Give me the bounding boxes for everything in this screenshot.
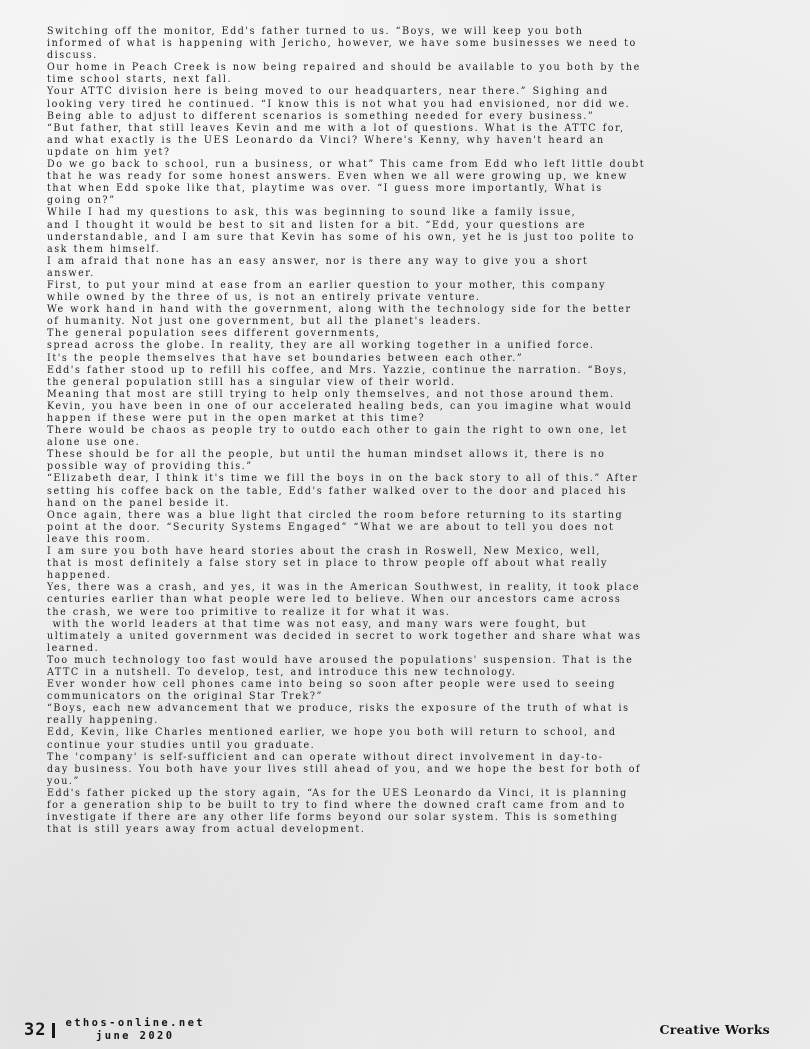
page-footer: 32 ethos-online.net june 2020 [24, 1015, 205, 1045]
article-line: discuss. [47, 49, 787, 61]
article-line: looking very tired he continued. “I know… [47, 98, 787, 110]
article-line: There would be chaos as people try to ou… [47, 424, 787, 436]
article-line: informed of what is happening with Jeric… [47, 37, 787, 49]
article-line: going on?” [47, 194, 787, 206]
article-line: setting his coffee back on the table, Ed… [47, 485, 787, 497]
article-line: Edd's father stood up to refill his coff… [47, 364, 787, 376]
article-line: that is still years away from actual dev… [47, 823, 787, 835]
article-line: It's the people themselves that have set… [47, 352, 787, 364]
article-line: time school starts, next fall. [47, 73, 787, 85]
article-line: day business. You both have your lives s… [47, 763, 787, 775]
article-line: alone use one. [47, 436, 787, 448]
article-line: First, to put your mind at ease from an … [47, 279, 787, 291]
article-line: Edd's father picked up the story again, … [47, 787, 787, 799]
article-line: ATTC in a nutshell. To develop, test, an… [47, 666, 787, 678]
article-line: Meaning that most are still trying to he… [47, 388, 787, 400]
article-line: Too much technology too fast would have … [47, 654, 787, 666]
article-line: that he was ready for some honest answer… [47, 170, 787, 182]
article-line: Ever wonder how cell phones came into be… [47, 678, 787, 690]
article-body: Switching off the monitor, Edd's father … [47, 25, 787, 835]
article-line: happened. [47, 569, 787, 581]
article-line: of humanity. Not just one government, bu… [47, 315, 787, 327]
article-line: spread across the globe. In reality, the… [47, 339, 787, 351]
article-line: These should be for all the people, but … [47, 448, 787, 460]
article-line: Edd, Kevin, like Charles mentioned earli… [47, 726, 787, 738]
article-line: with the world leaders at that time was … [47, 618, 787, 630]
article-line: leave this room. [47, 533, 787, 545]
article-line: happen if these were put in the open mar… [47, 412, 787, 424]
article-line: centuries earlier than what people were … [47, 593, 787, 605]
article-line: Yes, there was a crash, and yes, it was … [47, 581, 787, 593]
article-line: you.” [47, 775, 787, 787]
article-line: ask them himself. [47, 243, 787, 255]
article-line: really happening. [47, 714, 787, 726]
publication-website: ethos-online.net [65, 1017, 205, 1030]
article-line: “But father, that still leaves Kevin and… [47, 122, 787, 134]
article-line: that is most definitely a false story se… [47, 557, 787, 569]
article-line: “Boys, each new advancement that we prod… [47, 702, 787, 714]
article-line: hand on the panel beside it. [47, 497, 787, 509]
article-line: communicators on the original Star Trek?… [47, 690, 787, 702]
article-line: while owned by the three of us, is not a… [47, 291, 787, 303]
article-line: Our home in Peach Creek is now being rep… [47, 61, 787, 73]
article-line: learned. [47, 642, 787, 654]
article-line: I am afraid that none has an easy answer… [47, 255, 787, 267]
article-line: the general population still has a singu… [47, 376, 787, 388]
article-line: point at the door. “Security Systems Eng… [47, 521, 787, 533]
article-line: We work hand in hand with the government… [47, 303, 787, 315]
article-line: The 'company' is self-sufficient and can… [47, 751, 787, 763]
article-line: and I thought it would be best to sit an… [47, 219, 787, 231]
issue-date: june 2020 [96, 1030, 175, 1043]
article-line: update on him yet? [47, 146, 787, 158]
section-label: Creative Works [659, 1022, 770, 1037]
article-line: the crash, we were too primitive to real… [47, 606, 787, 618]
article-line: The general population sees different go… [47, 327, 787, 339]
footer-divider [52, 1023, 55, 1038]
publication-info: ethos-online.net june 2020 [65, 1017, 205, 1043]
article-line: for a generation ship to be built to try… [47, 799, 787, 811]
article-line: understandable, and I am sure that Kevin… [47, 231, 787, 243]
article-line: possible way of providing this.” [47, 460, 787, 472]
article-line: continue your studies until you graduate… [47, 739, 787, 751]
article-line: and what exactly is the UES Leonardo da … [47, 134, 787, 146]
article-line: answer. [47, 267, 787, 279]
article-line: Switching off the monitor, Edd's father … [47, 25, 787, 37]
article-line: I am sure you both have heard stories ab… [47, 545, 787, 557]
article-line: While I had my questions to ask, this wa… [47, 206, 787, 218]
article-line: Being able to adjust to different scenar… [47, 110, 787, 122]
article-line: ultimately a united government was decid… [47, 630, 787, 642]
article-line: Once again, there was a blue light that … [47, 509, 787, 521]
article-line: “Elizabeth dear, I think it's time we fi… [47, 472, 787, 484]
magazine-page: Switching off the monitor, Edd's father … [0, 0, 810, 1049]
article-line: Kevin, you have been in one of our accel… [47, 400, 787, 412]
page-number: 32 [24, 1020, 46, 1040]
article-line: investigate if there are any other life … [47, 811, 787, 823]
article-line: Do we go back to school, run a business,… [47, 158, 787, 170]
article-line: that when Edd spoke like that, playtime … [47, 182, 787, 194]
article-line: Your ATTC division here is being moved t… [47, 85, 787, 97]
